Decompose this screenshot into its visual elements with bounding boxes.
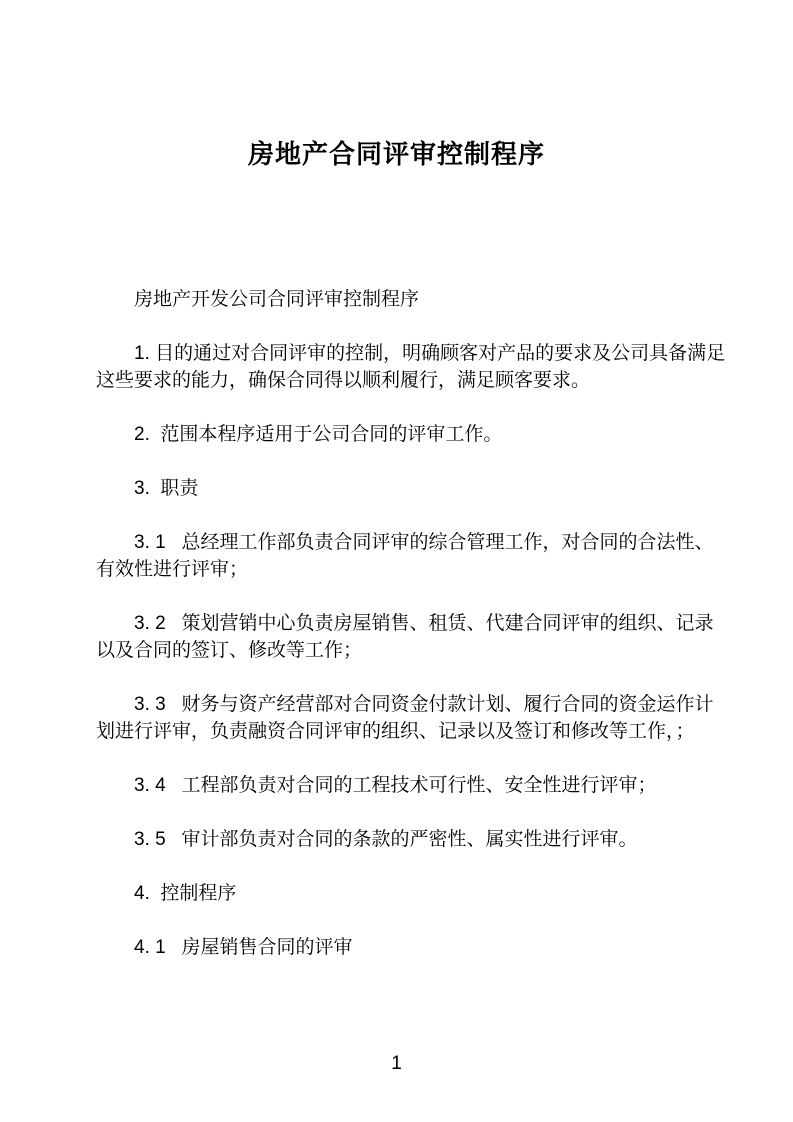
paragraph-purpose: 1. 目的通过对合同评审的控制，明确顾客对产品的要求及公司具备满足这些要求的能力… xyxy=(96,340,730,394)
document-page: 房地产合同评审控制程序 房地产开发公司合同评审控制程序 1. 目的通过对合同评审… xyxy=(0,0,793,1122)
paragraph-3-4-engineering-department: 3. 4 工程部负责对合同的工程技术可行性、安全性进行评审； xyxy=(96,772,730,799)
heading-control-procedure: 4. 控制程序 xyxy=(96,880,730,907)
paragraph-3-5-audit-department: 3. 5 审计部负责对合同的条款的严密性、属实性进行评审。 xyxy=(96,826,730,853)
document-body: 房地产开发公司合同评审控制程序 1. 目的通过对合同评审的控制，明确顾客对产品的… xyxy=(96,286,730,988)
paragraph-scope: 2. 范围本程序适用于公司合同的评审工作。 xyxy=(96,421,730,448)
heading-responsibilities: 3. 职责 xyxy=(96,475,730,502)
paragraph-3-2-marketing-center: 3. 2 策划营销中心负责房屋销售、租赁、代建合同评审的组织、记录以及合同的签订… xyxy=(96,610,730,664)
paragraph-3-3-finance-department: 3. 3 财务与资产经营部对合同资金付款计划、履行合同的资金运作计划进行评审，负… xyxy=(96,691,730,745)
page-number: 1 xyxy=(0,1050,793,1077)
heading-4-1-house-sales-contract-review: 4. 1 房屋销售合同的评审 xyxy=(96,934,730,961)
subtitle: 房地产开发公司合同评审控制程序 xyxy=(96,286,730,313)
document-title: 房地产合同评审控制程序 xyxy=(0,137,793,171)
paragraph-3-1-general-manager-office: 3. 1 总经理工作部负责合同评审的综合管理工作，对合同的合法性、有效性进行评审… xyxy=(96,529,730,583)
